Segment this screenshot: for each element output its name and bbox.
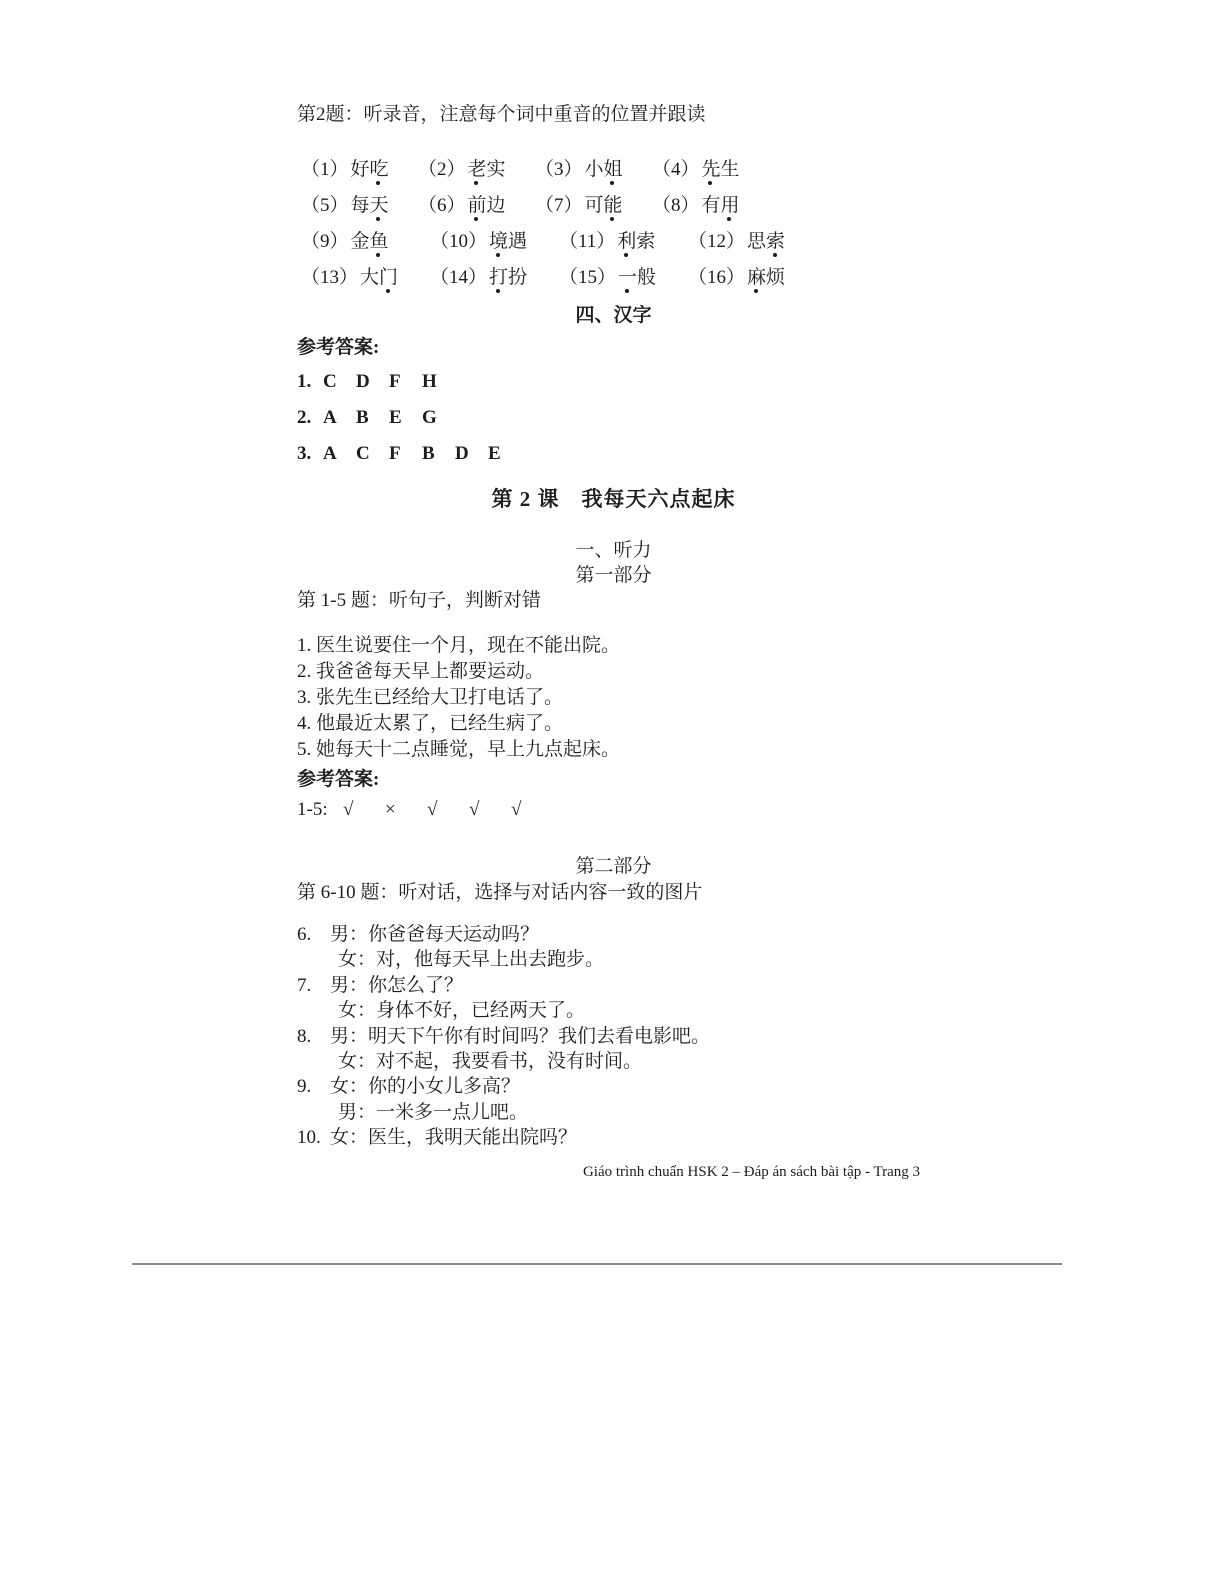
word-item: （2）老实 — [418, 160, 535, 179]
word-number: （5） — [301, 195, 349, 216]
word-character: 大 — [360, 268, 379, 287]
dialogue-line: 女：身体不好，已经两天了。 — [297, 998, 710, 1023]
dialogue-text: 明天下午你有时间吗？我们去看电影吧。 — [368, 1026, 710, 1047]
answer-letter: C — [323, 372, 356, 391]
word-item: （7）可能 — [535, 196, 652, 215]
document-page: 第2题：听录音，注意每个词中重音的位置并跟读 （1）好吃（2）老实（3）小姐（4… — [0, 0, 1225, 1585]
hanzi-answer-row: 3.ACFBDE — [297, 444, 521, 463]
word-item: （14）打扮 — [430, 268, 559, 287]
stressed-character: 先 — [702, 160, 721, 179]
dialogue-line: 10.女：医生，我明天能出院吗？ — [297, 1125, 710, 1150]
word-number: （13） — [301, 267, 358, 288]
word-character: 索 — [636, 232, 655, 251]
word-number: （15） — [559, 267, 616, 288]
word-character: 金 — [351, 232, 370, 251]
stressed-character: 天 — [370, 196, 389, 215]
stressed-character: 门 — [379, 268, 398, 287]
word-character: 小 — [585, 160, 604, 179]
dialogue-line: 7.男：你怎么了？ — [297, 973, 710, 998]
answer-letter: H — [422, 372, 455, 391]
answer-mark: √ — [511, 800, 553, 819]
dialogue-number: 6. — [297, 922, 330, 947]
word-character: 烦 — [766, 268, 785, 287]
part2-heading: 第二部分 — [297, 857, 930, 876]
word-row: （1）好吃（2）老实（3）小姐（4）先生 — [301, 160, 740, 179]
dialogue-speaker: 女： — [338, 949, 376, 970]
answer-letter: A — [323, 444, 356, 463]
dialogue-text: 身体不好，已经两天了。 — [376, 1000, 585, 1021]
answer-letter: B — [356, 408, 389, 427]
word-item: （4）先生 — [652, 160, 740, 179]
word-item: （8）有用 — [652, 196, 740, 215]
dialogue-line: 男：一米多一点儿吧。 — [297, 1100, 710, 1125]
word-item: （5）每天 — [301, 196, 418, 215]
answer-row-number: 2. — [297, 408, 323, 427]
word-number: （16） — [688, 267, 745, 288]
answer-letter: A — [323, 408, 356, 427]
stressed-character: 索 — [766, 232, 785, 251]
word-number: （3） — [535, 159, 583, 180]
marks-range-label: 1-5: — [297, 800, 343, 819]
word-row: （9）金鱼（10）境遇（11）利索（12）思索 — [301, 232, 785, 251]
answer-letter: D — [455, 444, 488, 463]
word-item: （6）前边 — [418, 196, 535, 215]
word-row: （5）每天（6）前边（7）可能（8）有用 — [301, 196, 740, 215]
hanzi-section-heading: 四、汉字 — [297, 306, 930, 325]
answer-letter: D — [356, 372, 389, 391]
stressed-character: 吃 — [370, 160, 389, 179]
dialogue-text: 一米多一点儿吧。 — [376, 1102, 528, 1123]
dialogue-number: 8. — [297, 1024, 330, 1049]
word-item: （11）利索 — [559, 232, 688, 251]
dialogue-line: 8.男：明天下午你有时间吗？我们去看电影吧。 — [297, 1024, 710, 1049]
dialogue-line: 女：对，他每天早上出去跑步。 — [297, 947, 710, 972]
page-divider — [132, 1263, 1062, 1265]
word-item: （1）好吃 — [301, 160, 418, 179]
dialogue-list: 6.男：你爸爸每天运动吗？女：对，他每天早上出去跑步。7.男：你怎么了？女：身体… — [297, 922, 710, 1151]
sentence-line: 4. 他最近太累了，已经生病了。 — [297, 711, 620, 737]
word-number: （12） — [688, 231, 745, 252]
dialogue-speaker: 男： — [330, 1026, 368, 1047]
dialogue-speaker: 女： — [330, 1127, 368, 1148]
answer-letter: E — [488, 444, 521, 463]
word-character: 般 — [637, 268, 656, 287]
word-character: 边 — [487, 196, 506, 215]
word-item: （3）小姐 — [535, 160, 652, 179]
page-content: 第2题：听录音，注意每个词中重音的位置并跟读 （1）好吃（2）老实（3）小姐（4… — [297, 0, 930, 1585]
stressed-character: 利 — [617, 232, 636, 251]
hanzi-answers-label: 参考答案: — [297, 338, 379, 357]
word-character: 生 — [721, 160, 740, 179]
word-number: （1） — [301, 159, 349, 180]
dialogue-text: 你怎么了？ — [368, 975, 463, 996]
dialogue-speaker: 女： — [338, 1000, 376, 1021]
stressed-character: 前 — [468, 196, 487, 215]
listening-heading: 一、听力 — [297, 541, 930, 560]
dialogue-line: 6.男：你爸爸每天运动吗？ — [297, 922, 710, 947]
dialogue-number: 10. — [297, 1125, 330, 1150]
stressed-character: 打 — [489, 268, 508, 287]
exercise2-heading: 第2题：听录音，注意每个词中重音的位置并跟读 — [297, 105, 706, 124]
word-character: 好 — [351, 160, 370, 179]
answer-letter: E — [389, 408, 422, 427]
word-number: （7） — [535, 195, 583, 216]
word-character: 遇 — [508, 232, 527, 251]
hanzi-answer-row: 1.CDFH — [297, 372, 455, 391]
word-number: （4） — [652, 159, 700, 180]
dialogue-number: 9. — [297, 1074, 330, 1099]
sentence-line: 3. 张先生已经给大卫打电话了。 — [297, 685, 620, 711]
answer-letter: F — [389, 444, 422, 463]
word-item: （9）金鱼 — [301, 232, 430, 251]
word-number: （11） — [559, 231, 615, 252]
word-number: （8） — [652, 195, 700, 216]
word-row: （13）大门（14）打扮（15）一般（16）麻烦 — [301, 268, 785, 287]
word-character: 有 — [702, 196, 721, 215]
part1-instructions: 第 1-5 题：听句子，判断对错 — [297, 591, 541, 610]
dialogue-text: 对，他每天早上出去跑步。 — [376, 949, 604, 970]
sentence-line: 1. 医生说要住一个月，现在不能出院。 — [297, 633, 620, 659]
answer-mark: × — [385, 800, 427, 819]
dialogue-text: 你爸爸每天运动吗？ — [368, 924, 539, 945]
word-item: （13）大门 — [301, 268, 430, 287]
sentence-line: 5. 她每天十二点睡觉，早上九点起床。 — [297, 737, 620, 763]
word-number: （6） — [418, 195, 466, 216]
stressed-character: 麻 — [747, 268, 766, 287]
word-character: 实 — [487, 160, 506, 179]
dialogue-speaker: 男： — [330, 924, 368, 945]
dialogue-speaker: 女： — [330, 1076, 368, 1097]
word-item: （15）一般 — [559, 268, 688, 287]
answer-letter: F — [389, 372, 422, 391]
part2-instructions: 第 6-10 题：听对话，选择与对话内容一致的图片 — [297, 883, 702, 902]
stressed-character: 姐 — [604, 160, 623, 179]
answer-mark: √ — [427, 800, 469, 819]
word-character: 扮 — [508, 268, 527, 287]
lesson-title: 第 2 课 我每天六点起床 — [297, 489, 930, 510]
word-character: 可 — [585, 196, 604, 215]
word-character: 思 — [747, 232, 766, 251]
answer-mark: √ — [343, 800, 385, 819]
sentence-list: 1. 医生说要住一个月，现在不能出院。2. 我爸爸每天早上都要运动。3. 张先生… — [297, 633, 620, 763]
dialogue-text: 医生，我明天能出院吗？ — [368, 1127, 577, 1148]
dialogue-line: 女：对不起，我要看书，没有时间。 — [297, 1049, 710, 1074]
answer-mark: √ — [469, 800, 511, 819]
page-footer: Giáo trình chuẩn HSK 2 – Đáp án sách bài… — [583, 1165, 920, 1180]
word-number: （2） — [418, 159, 466, 180]
answer-row-number: 3. — [297, 444, 323, 463]
dialogue-number: 7. — [297, 973, 330, 998]
word-number: （10） — [430, 231, 487, 252]
part1-heading: 第一部分 — [297, 566, 930, 585]
dialogue-speaker: 男： — [330, 975, 368, 996]
sentence-line: 2. 我爸爸每天早上都要运动。 — [297, 659, 620, 685]
part1-answers-label: 参考答案: — [297, 770, 379, 789]
dialogue-speaker: 男： — [338, 1102, 376, 1123]
stressed-character: 境 — [489, 232, 508, 251]
dialogue-line: 9.女：你的小女儿多高？ — [297, 1074, 710, 1099]
answer-marks-line: 1-5:√×√√√ — [297, 800, 553, 819]
word-character: 每 — [351, 196, 370, 215]
stressed-character: 用 — [721, 196, 740, 215]
answer-letter: G — [422, 408, 455, 427]
word-item: （10）境遇 — [430, 232, 559, 251]
dialogue-speaker: 女： — [338, 1051, 376, 1072]
stressed-character: 老 — [468, 160, 487, 179]
word-item: （12）思索 — [688, 232, 785, 251]
stressed-character: 鱼 — [370, 232, 389, 251]
word-item: （16）麻烦 — [688, 268, 785, 287]
word-number: （9） — [301, 231, 349, 252]
stressed-character: 一 — [618, 268, 637, 287]
hanzi-answer-row: 2.ABEG — [297, 408, 455, 427]
word-number: （14） — [430, 267, 487, 288]
answer-letter: C — [356, 444, 389, 463]
answer-letter: B — [422, 444, 455, 463]
dialogue-text: 你的小女儿多高？ — [368, 1076, 520, 1097]
dialogue-text: 对不起，我要看书，没有时间。 — [376, 1051, 642, 1072]
answer-row-number: 1. — [297, 372, 323, 391]
stressed-character: 能 — [604, 196, 623, 215]
